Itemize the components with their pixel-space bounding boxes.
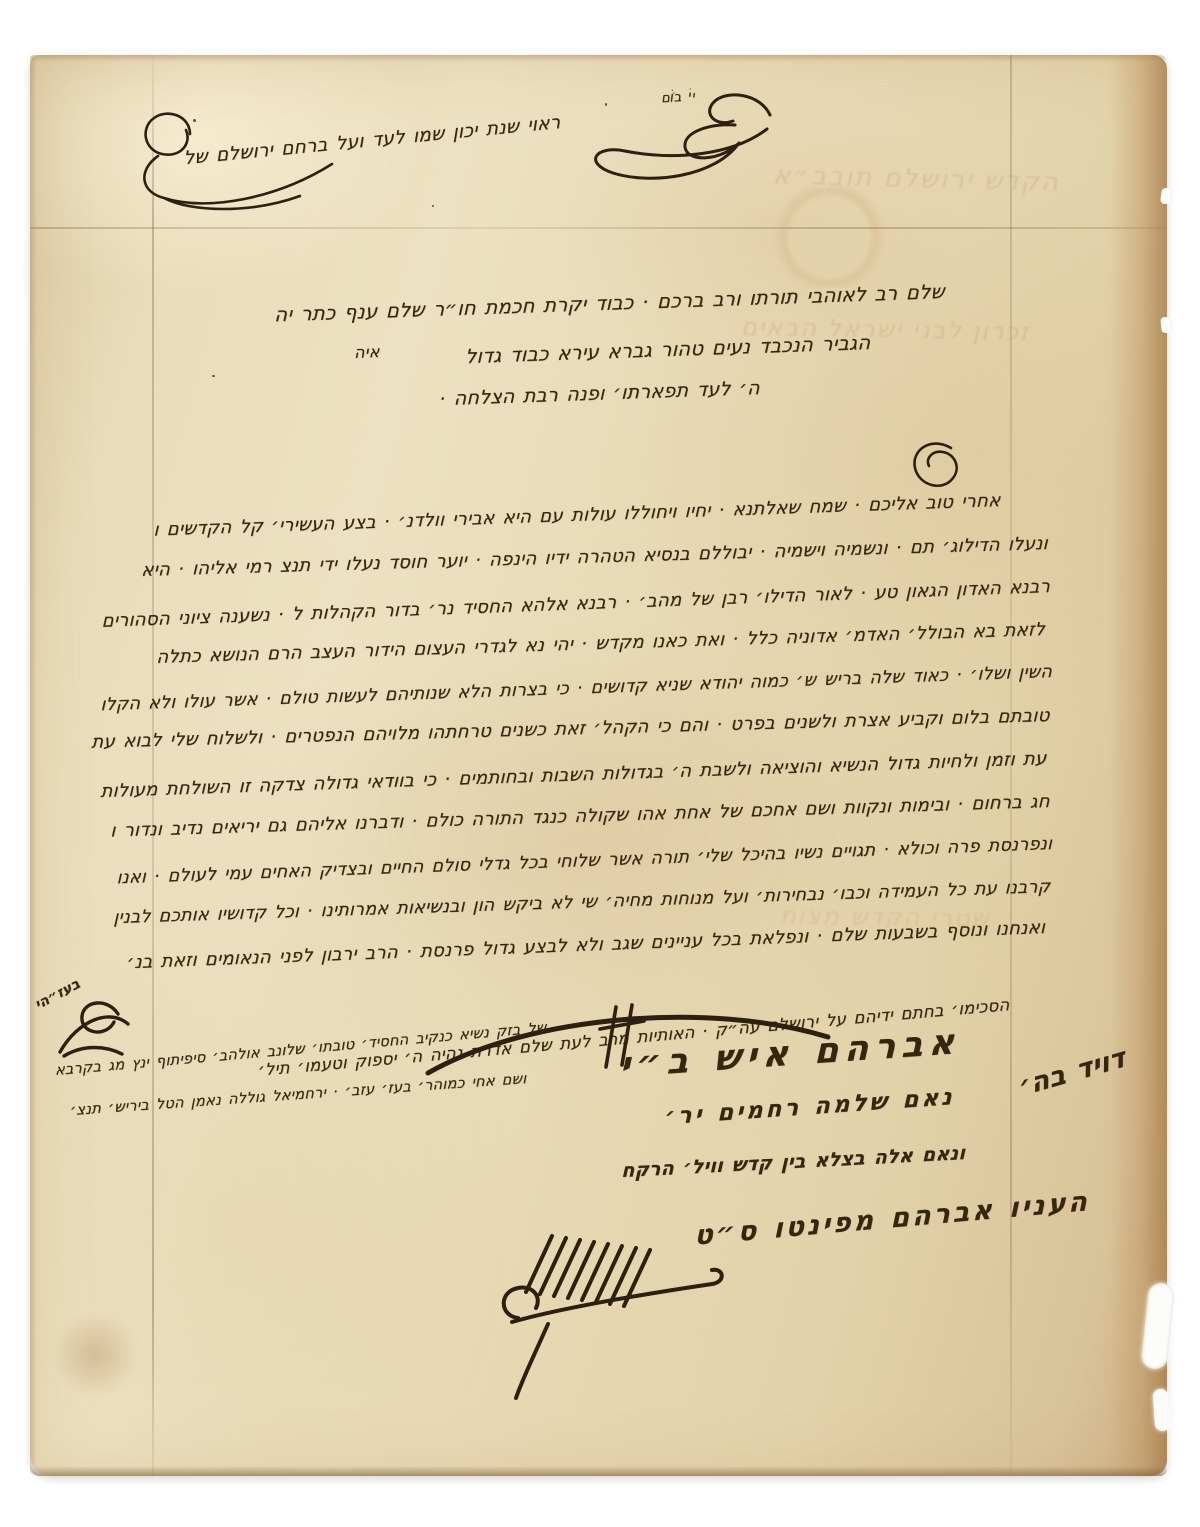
- stain: [772, 187, 887, 287]
- ink-speck: [212, 375, 215, 377]
- header-end-spiral: [128, 100, 348, 220]
- body-opening-spiral: [905, 436, 965, 496]
- fold-crease-horizontal: [30, 227, 1167, 229]
- ink-speck: [432, 205, 434, 207]
- fold-crease-left: [152, 55, 154, 1476]
- paper-edge-bottom: [30, 1466, 1167, 1476]
- manuscript-photo: הקדש ירושלם תובב״א זכרון לבני ישראל הבאי…: [0, 0, 1200, 1527]
- signature-hatch-flourish: [488, 1222, 728, 1402]
- paper-edge-left: [30, 55, 37, 1476]
- edge-notch: [1160, 317, 1171, 334]
- greeting-line-2-side: איה: [354, 342, 380, 362]
- edge-notch: [1160, 187, 1171, 204]
- header-small-text: ייׄ בֹוׄם: [661, 88, 696, 106]
- paper-edge-top: [30, 55, 1167, 62]
- paper-damage-spot: [1153, 1389, 1171, 1432]
- stain: [48, 1317, 143, 1392]
- paper-edge-right: [1109, 55, 1167, 1476]
